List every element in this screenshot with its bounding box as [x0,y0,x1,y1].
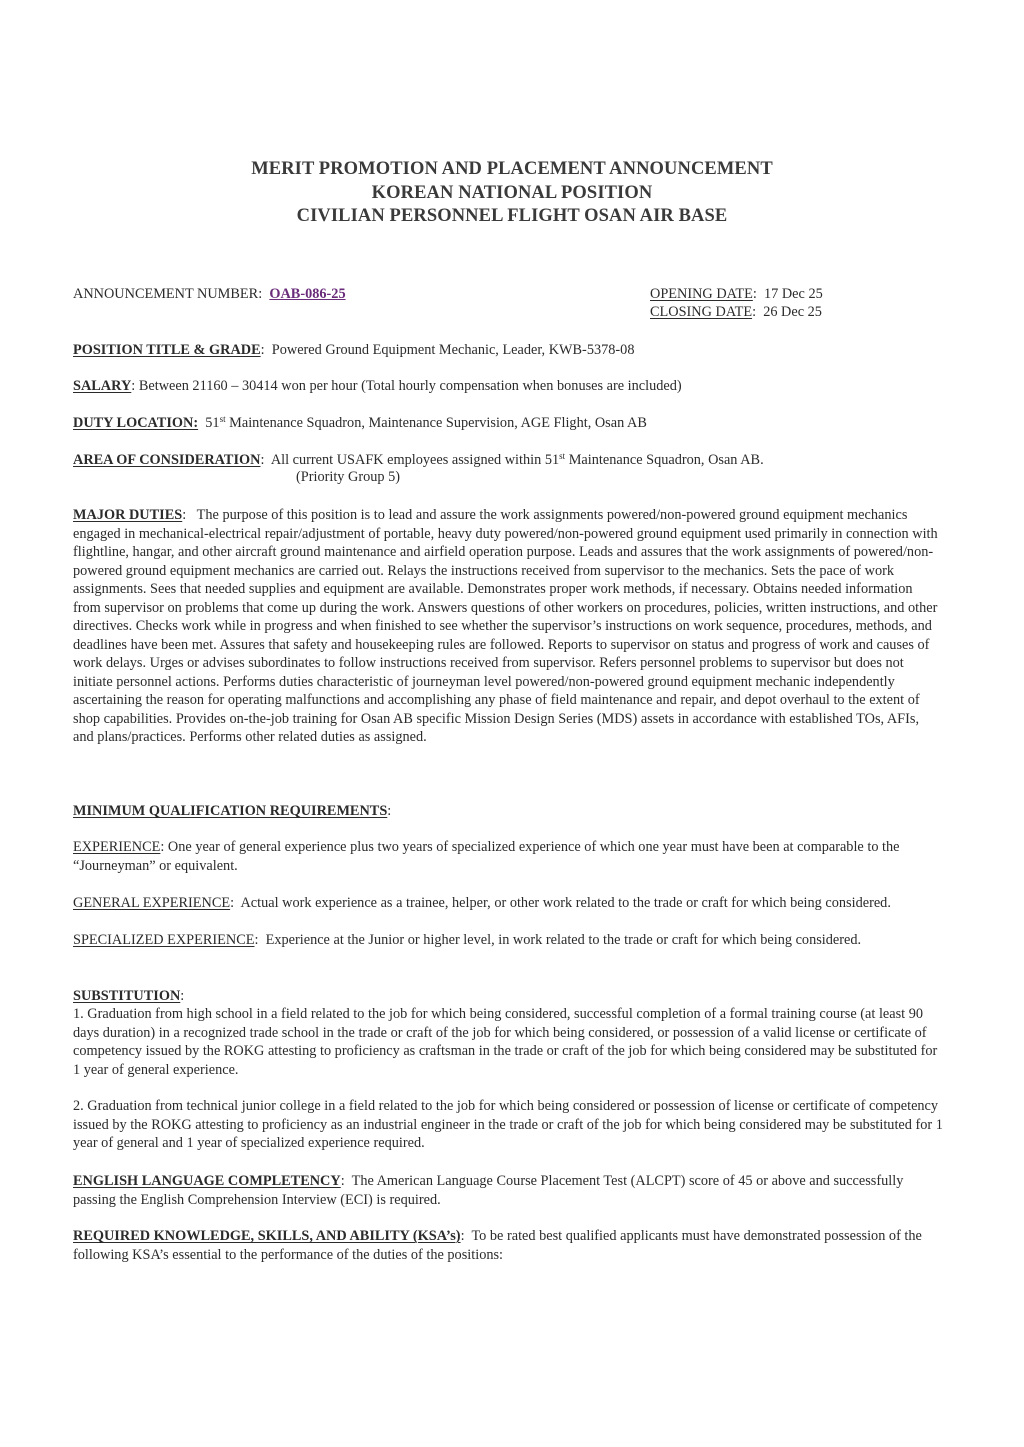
closing-date-row: CLOSING DATE: 26 Dec 25 [650,303,822,322]
experience-section: EXPERIENCE: One year of general experien… [73,838,943,875]
position-title-label: POSITION TITLE & GRADE [73,342,261,358]
substitution-item-2: 2. Graduation from technical junior coll… [73,1097,943,1153]
min-qual-label: MINIMUM QUALIFICATION REQUIREMENTS [73,803,387,819]
closing-date-value: 26 Dec 25 [763,304,822,320]
opening-date-label: OPENING DATE [650,286,753,302]
closing-date-label: CLOSING DATE [650,304,752,320]
area-of-consideration-row: AREA OF CONSIDERATION: All current USAFK… [73,451,943,470]
general-experience-section: GENERAL EXPERIENCE: Actual work experien… [73,894,943,913]
substitution-label: SUBSTITUTION [73,988,180,1004]
english-label: ENGLISH LANGUAGE COMPLETENCY [73,1173,341,1189]
area-label: AREA OF CONSIDERATION [73,452,260,468]
position-title-value: Powered Ground Equipment Mechanic, Leade… [272,342,635,358]
announcement-number-label: ANNOUNCEMENT NUMBER: [73,286,262,302]
header-line-2: KOREAN NATIONAL POSITION [0,181,1024,205]
ksa-label: REQUIRED KNOWLEDGE, SKILLS, AND ABILITY … [73,1228,461,1244]
opening-date-row: OPENING DATE: 17 Dec 25 [650,285,823,304]
major-duties-label: MAJOR DUTIES [73,507,182,523]
salary-value: Between 21160 – 30414 won per hour (Tota… [139,378,682,394]
major-duties-section: MAJOR DUTIES: The purpose of this positi… [73,506,943,747]
general-experience-text: Actual work experience as a trainee, hel… [240,895,890,911]
duty-location-value: Maintenance Squadron, Maintenance Superv… [226,415,647,431]
general-experience-label: GENERAL EXPERIENCE [73,895,230,911]
ksa-section: REQUIRED KNOWLEDGE, SKILLS, AND ABILITY … [73,1227,943,1264]
salary-label: SALARY [73,378,131,394]
area-value-post: Maintenance Squadron, Osan AB. [565,452,764,468]
announcement-page: MERIT PROMOTION AND PLACEMENT ANNOUNCEME… [0,0,1024,1447]
salary-row: SALARY: Between 21160 – 30414 won per ho… [73,377,943,396]
duty-location-label: DUTY LOCATION: [73,415,198,431]
specialized-experience-text: Experience at the Junior or higher level… [266,932,861,948]
substitution-item-1: 1. Graduation from high school in a fiel… [73,1005,943,1079]
header-line-1: MERIT PROMOTION AND PLACEMENT ANNOUNCEME… [0,157,1024,181]
position-title-row: POSITION TITLE & GRADE: Powered Ground E… [73,341,943,360]
duty-location-row: DUTY LOCATION: 51st Maintenance Squadron… [73,414,943,433]
duty-location-num: 51 [205,415,219,431]
announcement-number-link[interactable]: OAB-086-25 [269,286,345,302]
specialized-experience-section: SPECIALIZED EXPERIENCE: Experience at th… [73,931,943,950]
priority-group: (Priority Group 5) [296,469,400,486]
specialized-experience-label: SPECIALIZED EXPERIENCE [73,932,254,948]
header-line-3: CIVILIAN PERSONNEL FLIGHT OSAN AIR BASE [0,204,1024,228]
experience-label: EXPERIENCE [73,839,160,855]
english-section: ENGLISH LANGUAGE COMPLETENCY: The Americ… [73,1172,943,1209]
major-duties-text: The purpose of this position is to lead … [73,507,938,745]
min-qual-heading: MINIMUM QUALIFICATION REQUIREMENTS: [73,802,943,821]
experience-text: One year of general experience plus two … [73,839,900,874]
substitution-heading: SUBSTITUTION: [73,987,943,1006]
area-value-pre: All current USAFK employees assigned wit… [271,452,559,468]
opening-date-value: 17 Dec 25 [764,286,823,302]
